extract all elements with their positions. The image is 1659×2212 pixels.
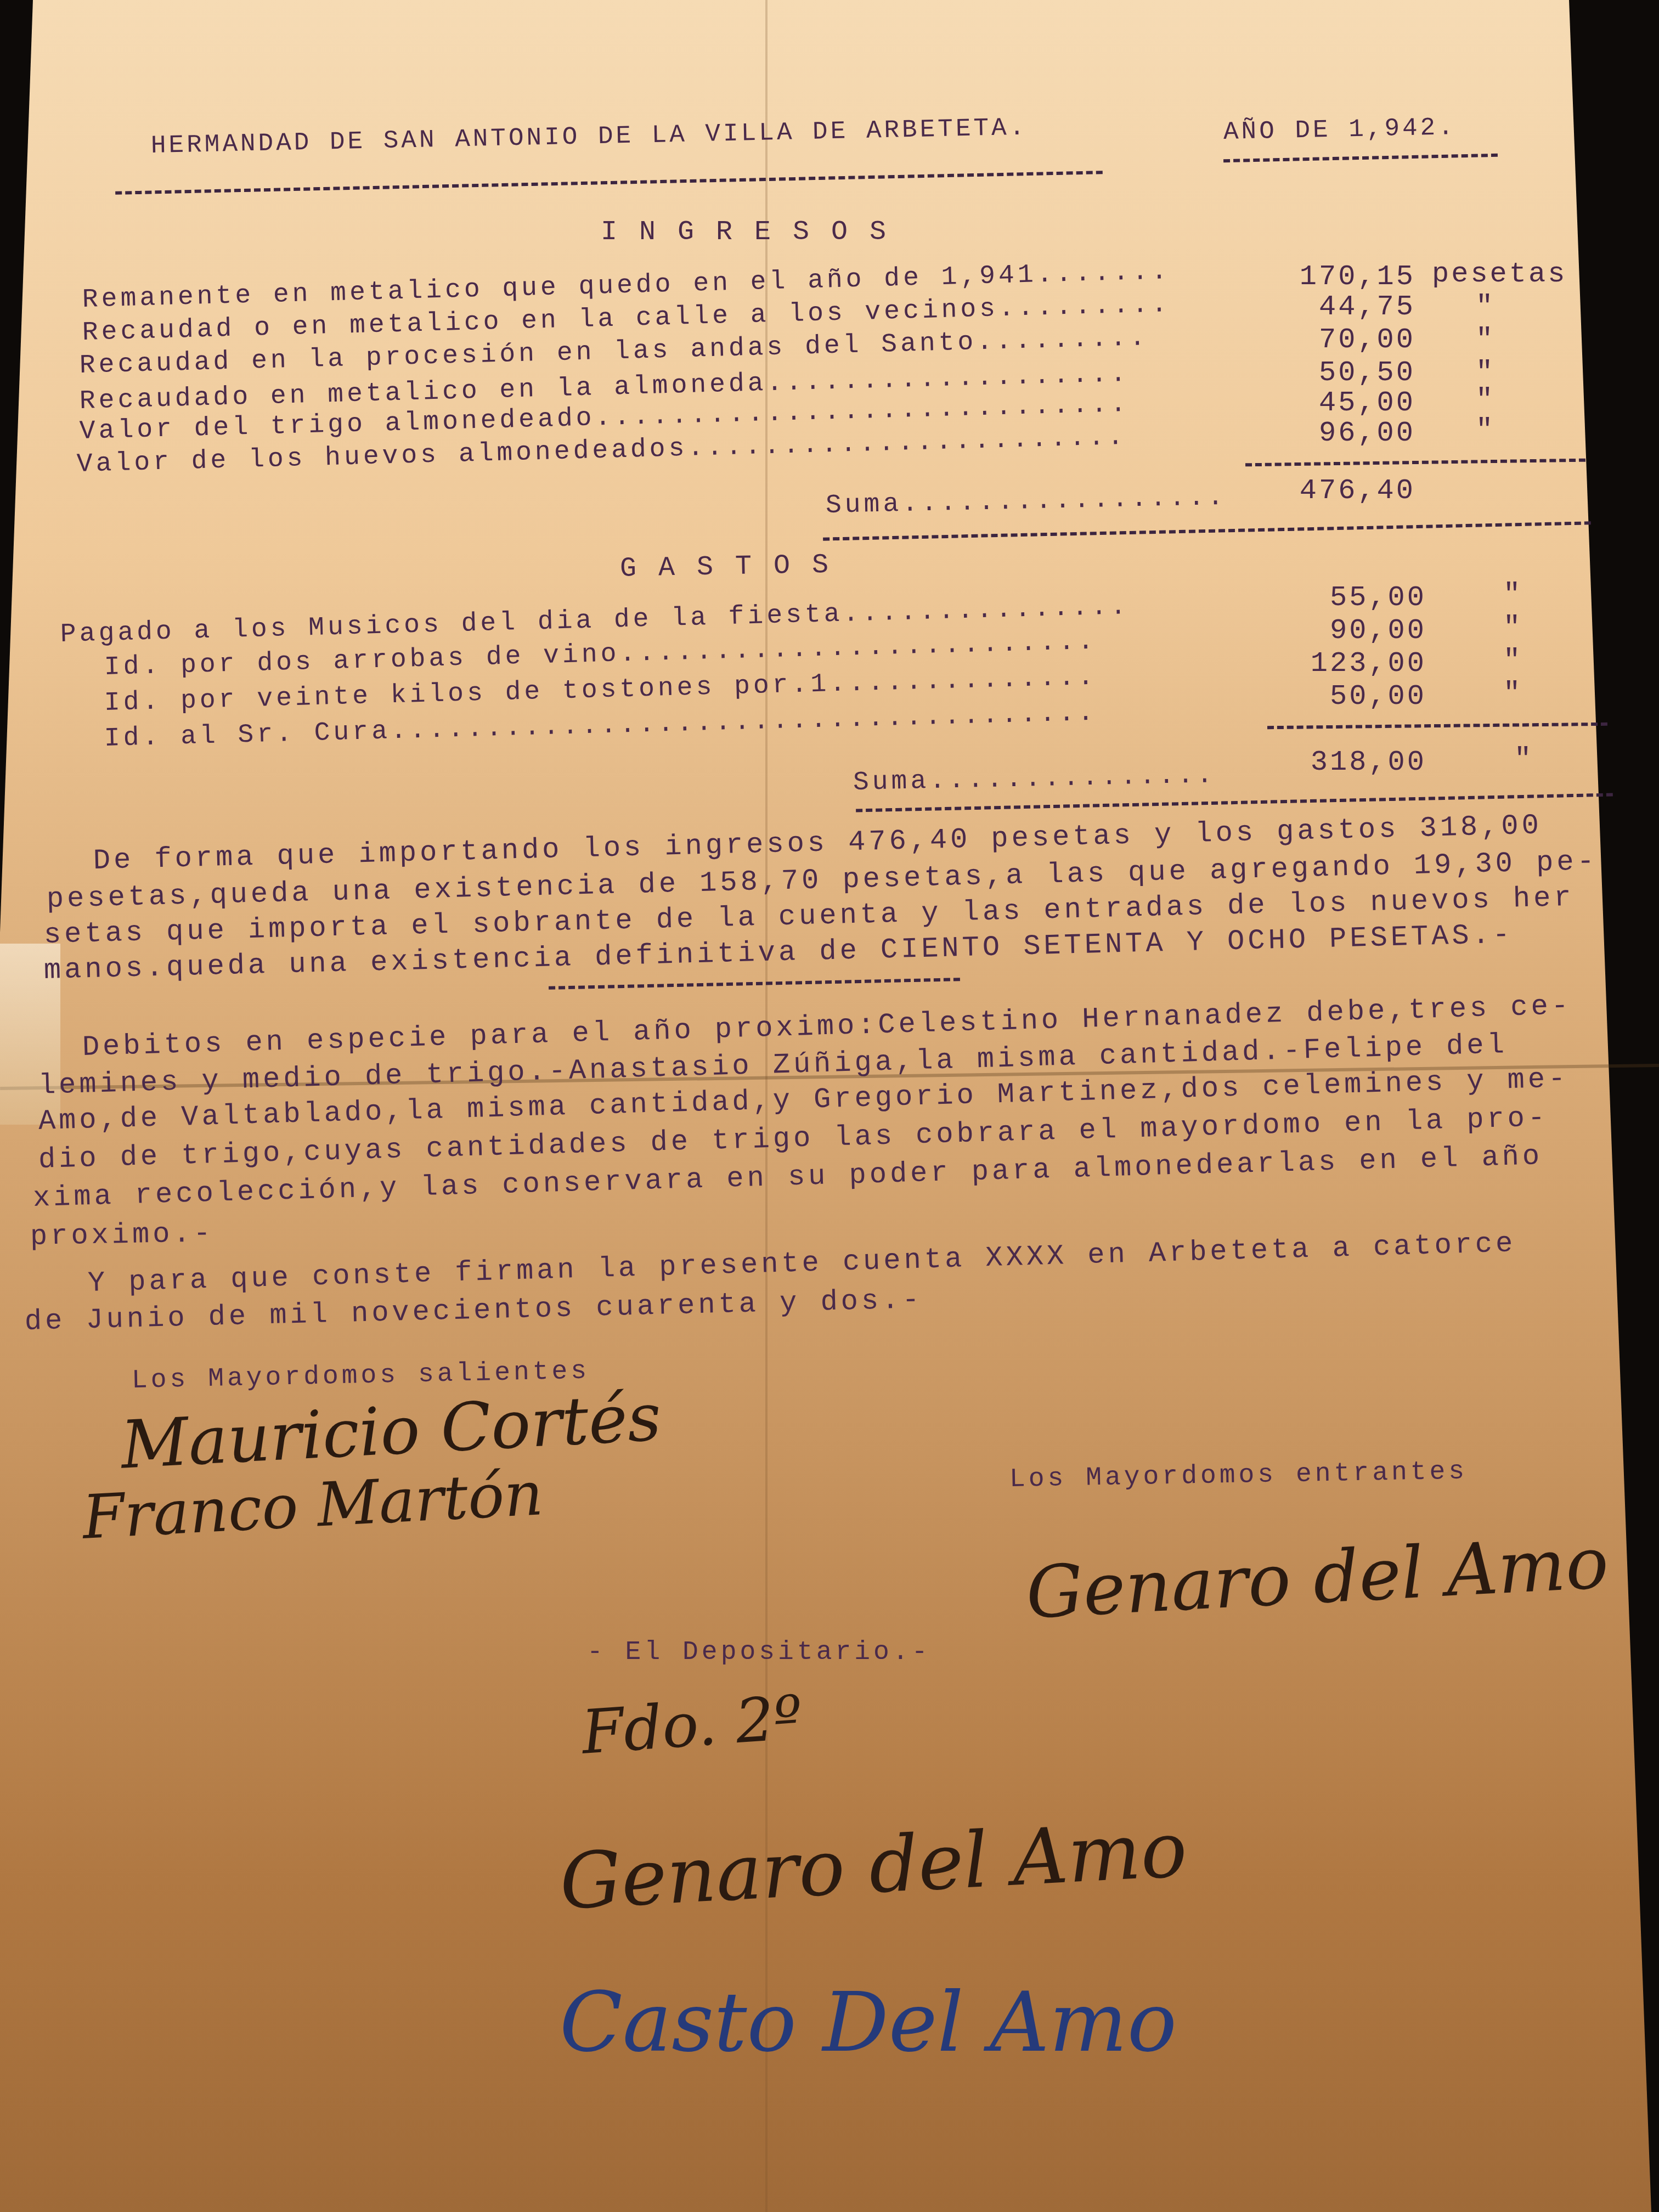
gastos-amount: 123,00	[1229, 647, 1426, 680]
ingresos-unit: pesetas	[1432, 258, 1567, 290]
ditto-mark: "	[1476, 414, 1495, 447]
ingresos-amount: 45,00	[1218, 387, 1415, 419]
gastos-amount: 55,00	[1229, 582, 1426, 614]
year-underline	[1223, 154, 1498, 162]
ditto-mark: "	[1503, 579, 1522, 611]
ingresos-amount: 50,50	[1218, 357, 1415, 389]
signature-depositary-1: Genaro del Amo	[558, 1805, 1189, 1927]
debitos-line: proximo.-	[30, 1217, 214, 1253]
ingresos-amount: 70,00	[1218, 324, 1415, 356]
document-year: AÑO DE 1,942.	[1223, 113, 1456, 146]
gastos-sum-label: Suma...............	[853, 760, 1216, 798]
ditto-mark: "	[1503, 612, 1522, 644]
ingresos-sum-label: Suma.................	[825, 483, 1227, 521]
ingresos-sum-amount: 476,40	[1218, 475, 1415, 507]
ditto-mark: "	[1476, 291, 1495, 323]
gastos-heading: GASTOS	[620, 549, 851, 584]
ingresos-sum-underline	[823, 521, 1591, 540]
ingresos-heading: INGRESOS	[601, 217, 908, 248]
gastos-amount: 50,00	[1229, 680, 1426, 713]
ditto-mark: "	[1476, 324, 1495, 356]
signature-depositary-note: Fdo. 2º	[579, 1682, 805, 1768]
gastos-sum-underline	[856, 793, 1613, 812]
ditto-mark: "	[1503, 678, 1522, 710]
title-underline	[115, 171, 1103, 195]
ingresos-amount: 96,00	[1218, 417, 1415, 449]
signature-depositary-2: Casto Del Amo	[560, 1975, 1177, 2070]
gastos-amount: 90,00	[1229, 614, 1426, 647]
ingresos-amount: 170,15	[1218, 261, 1415, 293]
signature-incoming: Genaro del Amo	[1024, 1521, 1611, 1634]
ingresos-sum-rule	[1245, 459, 1585, 467]
ingresos-amount: 44,75	[1218, 291, 1415, 323]
depositary-label: - El Depositario.-	[587, 1638, 930, 1667]
incoming-label: Los Mayordomos entrantes	[1009, 1457, 1468, 1494]
ditto-mark: "	[1514, 743, 1533, 776]
gastos-sum-rule	[1267, 723, 1607, 729]
gastos-sum-amount: 318,00	[1229, 746, 1426, 778]
ditto-mark: "	[1476, 384, 1495, 416]
summary-underline	[549, 978, 960, 990]
document: HERMANDAD DE SAN ANTONIO DE LA VILLA DE …	[0, 0, 1659, 2212]
ditto-mark: "	[1503, 645, 1522, 677]
document-title: HERMANDAD DE SAN ANTONIO DE LA VILLA DE …	[150, 114, 1027, 160]
